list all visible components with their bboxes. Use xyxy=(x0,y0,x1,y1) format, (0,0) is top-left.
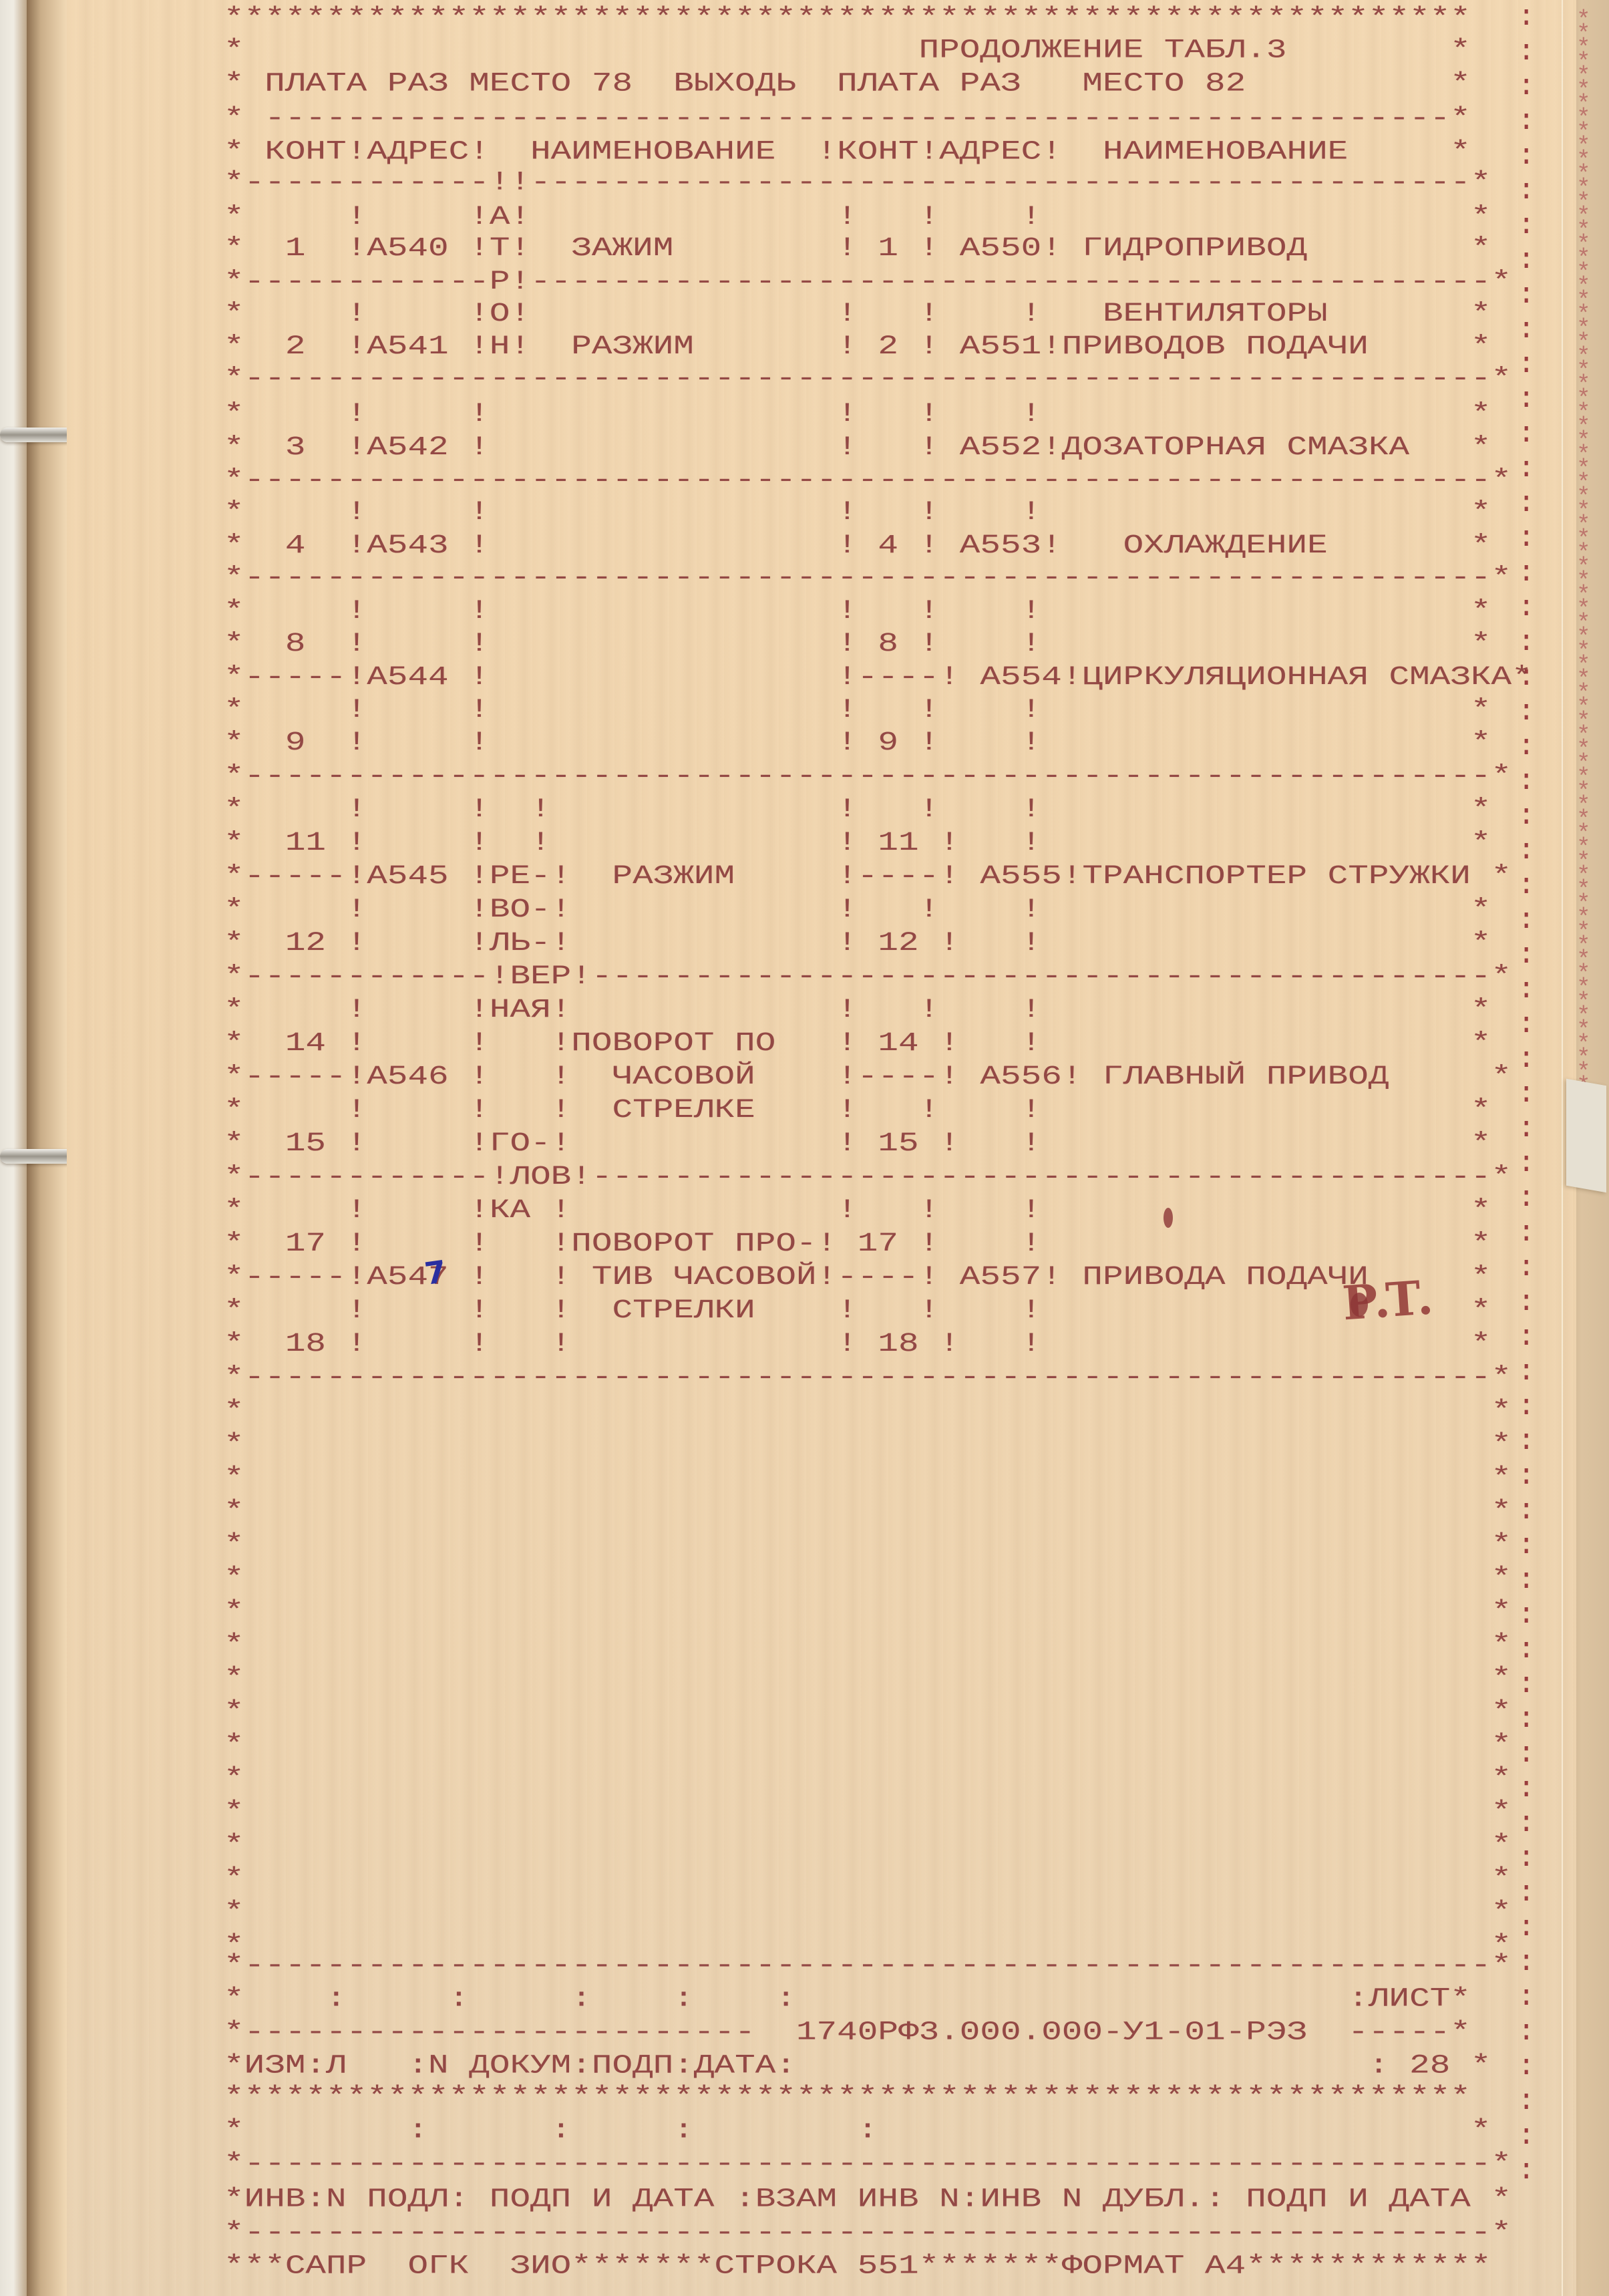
printed-line: *ИНВ:N ПОДЛ: ПОДП И ДАТА :ВЗАМ ИНВ N:ИНВ… xyxy=(224,2186,1511,2213)
printed-line: * 9 ! ! ! 9 ! ! * xyxy=(224,730,1491,757)
printed-line: *------------Р!-------------------------… xyxy=(224,269,1511,296)
printed-line: * * xyxy=(224,1699,1511,1726)
printed-line: *---------------------------------------… xyxy=(224,2220,1511,2247)
printed-line: *---------------------------------------… xyxy=(224,1953,1511,1979)
printed-line: * * xyxy=(224,1565,1511,1592)
printed-line: *---------------------------------------… xyxy=(224,468,1511,494)
printed-line: *-----!А547 ! ! ТИВ ЧАСОВОЙ!----! А557! … xyxy=(224,1265,1491,1291)
printed-line: * ! ! ! ! ! * xyxy=(224,401,1491,428)
printed-line: *---------------------------------------… xyxy=(224,2151,1511,2178)
printed-line: * 14 ! ! !ПОВОРОТ ПО ! 14 ! ! * xyxy=(224,1031,1491,1057)
printed-line: * * xyxy=(224,1632,1511,1659)
printed-line: *------------!ЛОВ!----------------------… xyxy=(224,1164,1511,1191)
printed-line: * 12 ! !ЛЬ-! ! 12 ! ! * xyxy=(224,931,1491,957)
printed-line: * 11 ! ! ! ! 11 ! ! * xyxy=(224,830,1491,857)
printed-line: ****************************************… xyxy=(224,2084,1471,2111)
printed-line: * * xyxy=(224,1732,1511,1759)
printed-line: * ПРОДОЛЖЕНИЕ ТАБЛ.3 * xyxy=(224,37,1471,64)
printed-line: * * xyxy=(224,1398,1511,1425)
printed-line: * 8 ! ! ! 8 ! ! * xyxy=(224,631,1491,658)
printed-line: * * xyxy=(224,1832,1511,1859)
printed-line: * * xyxy=(224,1498,1511,1525)
printed-line: * ! !О! ! ! ! ВЕНТИЛЯТОРЫ * xyxy=(224,301,1491,328)
printed-line: * * xyxy=(224,1766,1511,1792)
printed-line: * 15 ! !ГО-! ! 15 ! ! * xyxy=(224,1131,1491,1158)
printed-line: * * xyxy=(224,1665,1511,1692)
printed-line: * 2 !А541 !Н! РАЗЖИМ ! 2 ! А551!ПРИВОДОВ… xyxy=(224,334,1491,361)
printed-line: * --------------------------------------… xyxy=(224,106,1471,132)
printed-line: *-----!А544 ! !----! А554!ЦИРКУЛЯЦИОННАЯ… xyxy=(224,665,1532,691)
printed-line: *------------------------- 1740РФ3.000.0… xyxy=(224,2019,1471,2046)
printed-line: * 1 !А540 !Т! ЗАЖИМ ! 1 ! А550! ГИДРОПРИ… xyxy=(224,236,1491,263)
printed-line: * 18 ! ! ! ! 18 ! ! * xyxy=(224,1331,1491,1358)
printed-line: * ! !НАЯ! ! ! ! * xyxy=(224,997,1491,1024)
printed-line: *---------------------------------------… xyxy=(224,565,1511,592)
printed-line: * * xyxy=(224,1432,1511,1458)
printed-line: *------------!ВЕР!----------------------… xyxy=(224,964,1511,991)
printed-line: * 4 !А543 ! ! 4 ! А553! ОХЛАЖДЕНИЕ * xyxy=(224,533,1491,560)
printed-line: *---------------------------------------… xyxy=(224,366,1511,393)
printed-line: * ! ! ! ! ! * xyxy=(224,500,1491,526)
printed-line: * КОНТ!АДРЕС! НАИМЕНОВАНИЕ !КОНТ!АДРЕС! … xyxy=(224,139,1471,166)
ink-blot xyxy=(1164,1208,1173,1228)
printed-line: * ! ! ! ! ! * xyxy=(224,599,1491,625)
printed-line: * ! !КА ! ! ! ! * xyxy=(224,1198,1491,1224)
printed-line: * * xyxy=(224,1465,1511,1492)
printed-line: * ! !А! ! ! ! * xyxy=(224,204,1491,231)
printed-line: *-----!А545 !РЕ-! РАЗЖИМ !----! А555!ТРА… xyxy=(224,864,1511,890)
printed-line: * : : : : * xyxy=(224,2118,1491,2144)
printed-line: * ! ! ! ! ! * xyxy=(224,697,1491,724)
printed-line: *------------!!-------------------------… xyxy=(224,170,1491,196)
printed-line: * ! ! ! СТРЕЛКИ ! ! ! * xyxy=(224,1298,1491,1325)
printed-line: * * xyxy=(224,1799,1511,1826)
ink-blot xyxy=(1351,1293,1368,1317)
printed-line: *-----!А546 ! ! ЧАСОВОЙ !----! А556! ГЛА… xyxy=(224,1064,1511,1091)
printed-line: * 3 !А542 ! ! ! А552!ДОЗАТОРНАЯ СМАЗКА * xyxy=(224,435,1491,462)
printed-line: *---------------------------------------… xyxy=(224,764,1511,790)
printed-line: * * xyxy=(224,1599,1511,1625)
printed-line: ****************************************… xyxy=(224,5,1471,32)
printed-line: * ! !ВО-! ! ! ! * xyxy=(224,897,1491,924)
printed-line: * ПЛАТА РАЗ МЕСТО 78 ВЫХОДЬ ПЛАТА РАЗ МЕ… xyxy=(224,71,1471,98)
printed-line: * ! ! ! СТРЕЛКЕ ! ! ! * xyxy=(224,1098,1491,1124)
printed-line: *ИЗМ:Л :N ДОКУМ:ПОДП:ДАТА: : 28 * xyxy=(224,2053,1491,2080)
printed-line: *---------------------------------------… xyxy=(224,1365,1511,1391)
printed-line: * 17 ! ! !ПОВОРОТ ПРО-! 17 ! ! * xyxy=(224,1231,1491,1258)
printed-line: * * xyxy=(224,1866,1511,1893)
printed-line: * * xyxy=(224,1532,1511,1559)
printed-line: * : : : : : :ЛИСТ* xyxy=(224,1986,1471,2013)
printed-line: * ! ! ! ! ! ! * xyxy=(224,797,1491,824)
printed-line: * * xyxy=(224,1899,1511,1926)
printout-body: ****************************************… xyxy=(0,0,1609,2296)
printed-line: ***САПР ОГК ЗИО*******СТРОКА 551*******Ф… xyxy=(224,2253,1491,2280)
